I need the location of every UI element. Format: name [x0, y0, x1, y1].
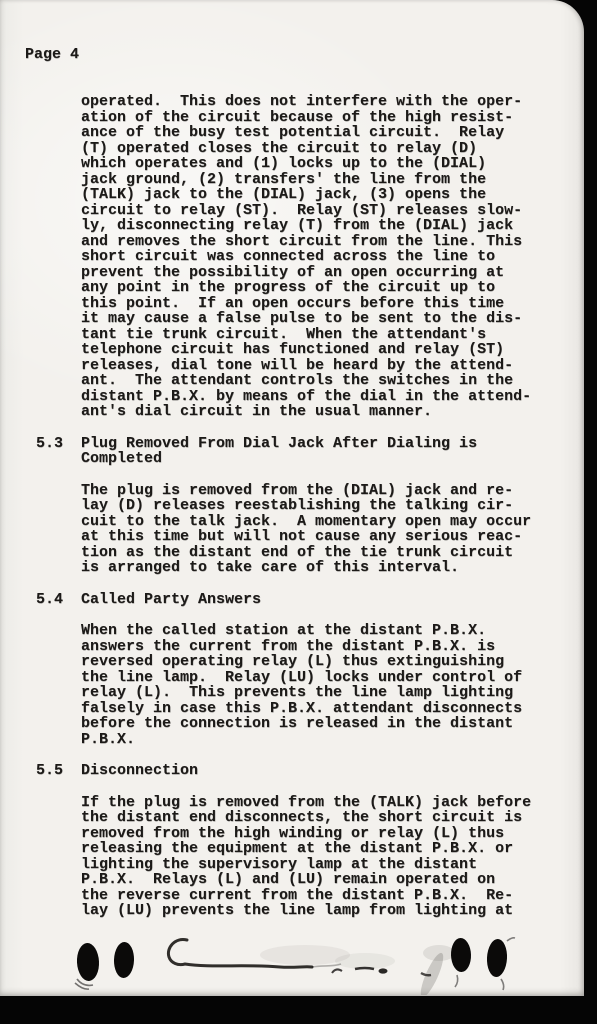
section-5-5: 5.5 Disconnection If the plug is removed…: [36, 763, 556, 919]
section-heading: Disconnection: [81, 763, 556, 779]
ink-blot: [76, 942, 100, 981]
scan-ink-marks: [55, 933, 525, 995]
section-paragraph: When the called station at the distant P…: [81, 623, 556, 747]
ink-blot-tail: [455, 975, 458, 987]
section-5-3: 5.3 Plug Removed From Dial Jack After Di…: [36, 436, 556, 576]
section-5-4: 5.4 Called Party Answers When the called…: [36, 592, 556, 748]
section-heading: Called Party Answers: [81, 592, 556, 608]
section-number: 5.3: [36, 436, 81, 452]
section-body-column: Disconnection If the plug is removed fro…: [81, 763, 556, 919]
intro-paragraph: operated. This does not interfere with t…: [81, 94, 556, 420]
section-body-column: Plug Removed From Dial Jack After Dialin…: [81, 436, 556, 576]
pen-mark: [332, 969, 342, 973]
smudge-diagonal: [423, 945, 455, 961]
pen-mark: [355, 968, 374, 969]
document-page: Page 4 operated. This does not interfere…: [0, 0, 584, 996]
section-heading: Plug Removed From Dial Jack After Dialin…: [81, 436, 556, 467]
ink-blot: [486, 939, 508, 978]
section-paragraph: The plug is removed from the (DIAL) jack…: [81, 483, 556, 576]
section-paragraph: If the plug is removed from the (TALK) j…: [81, 795, 556, 919]
page-content: operated. This does not interfere with t…: [36, 94, 556, 935]
section-body-column: Called Party Answers When the called sta…: [81, 592, 556, 748]
section-number: 5.5: [36, 763, 81, 779]
page-number: Page 4: [25, 47, 79, 63]
smudge: [335, 953, 395, 969]
ink-blot: [113, 942, 134, 979]
section-number: 5.4: [36, 592, 81, 608]
ink-blot: [450, 938, 471, 973]
pen-dot: [379, 968, 388, 973]
